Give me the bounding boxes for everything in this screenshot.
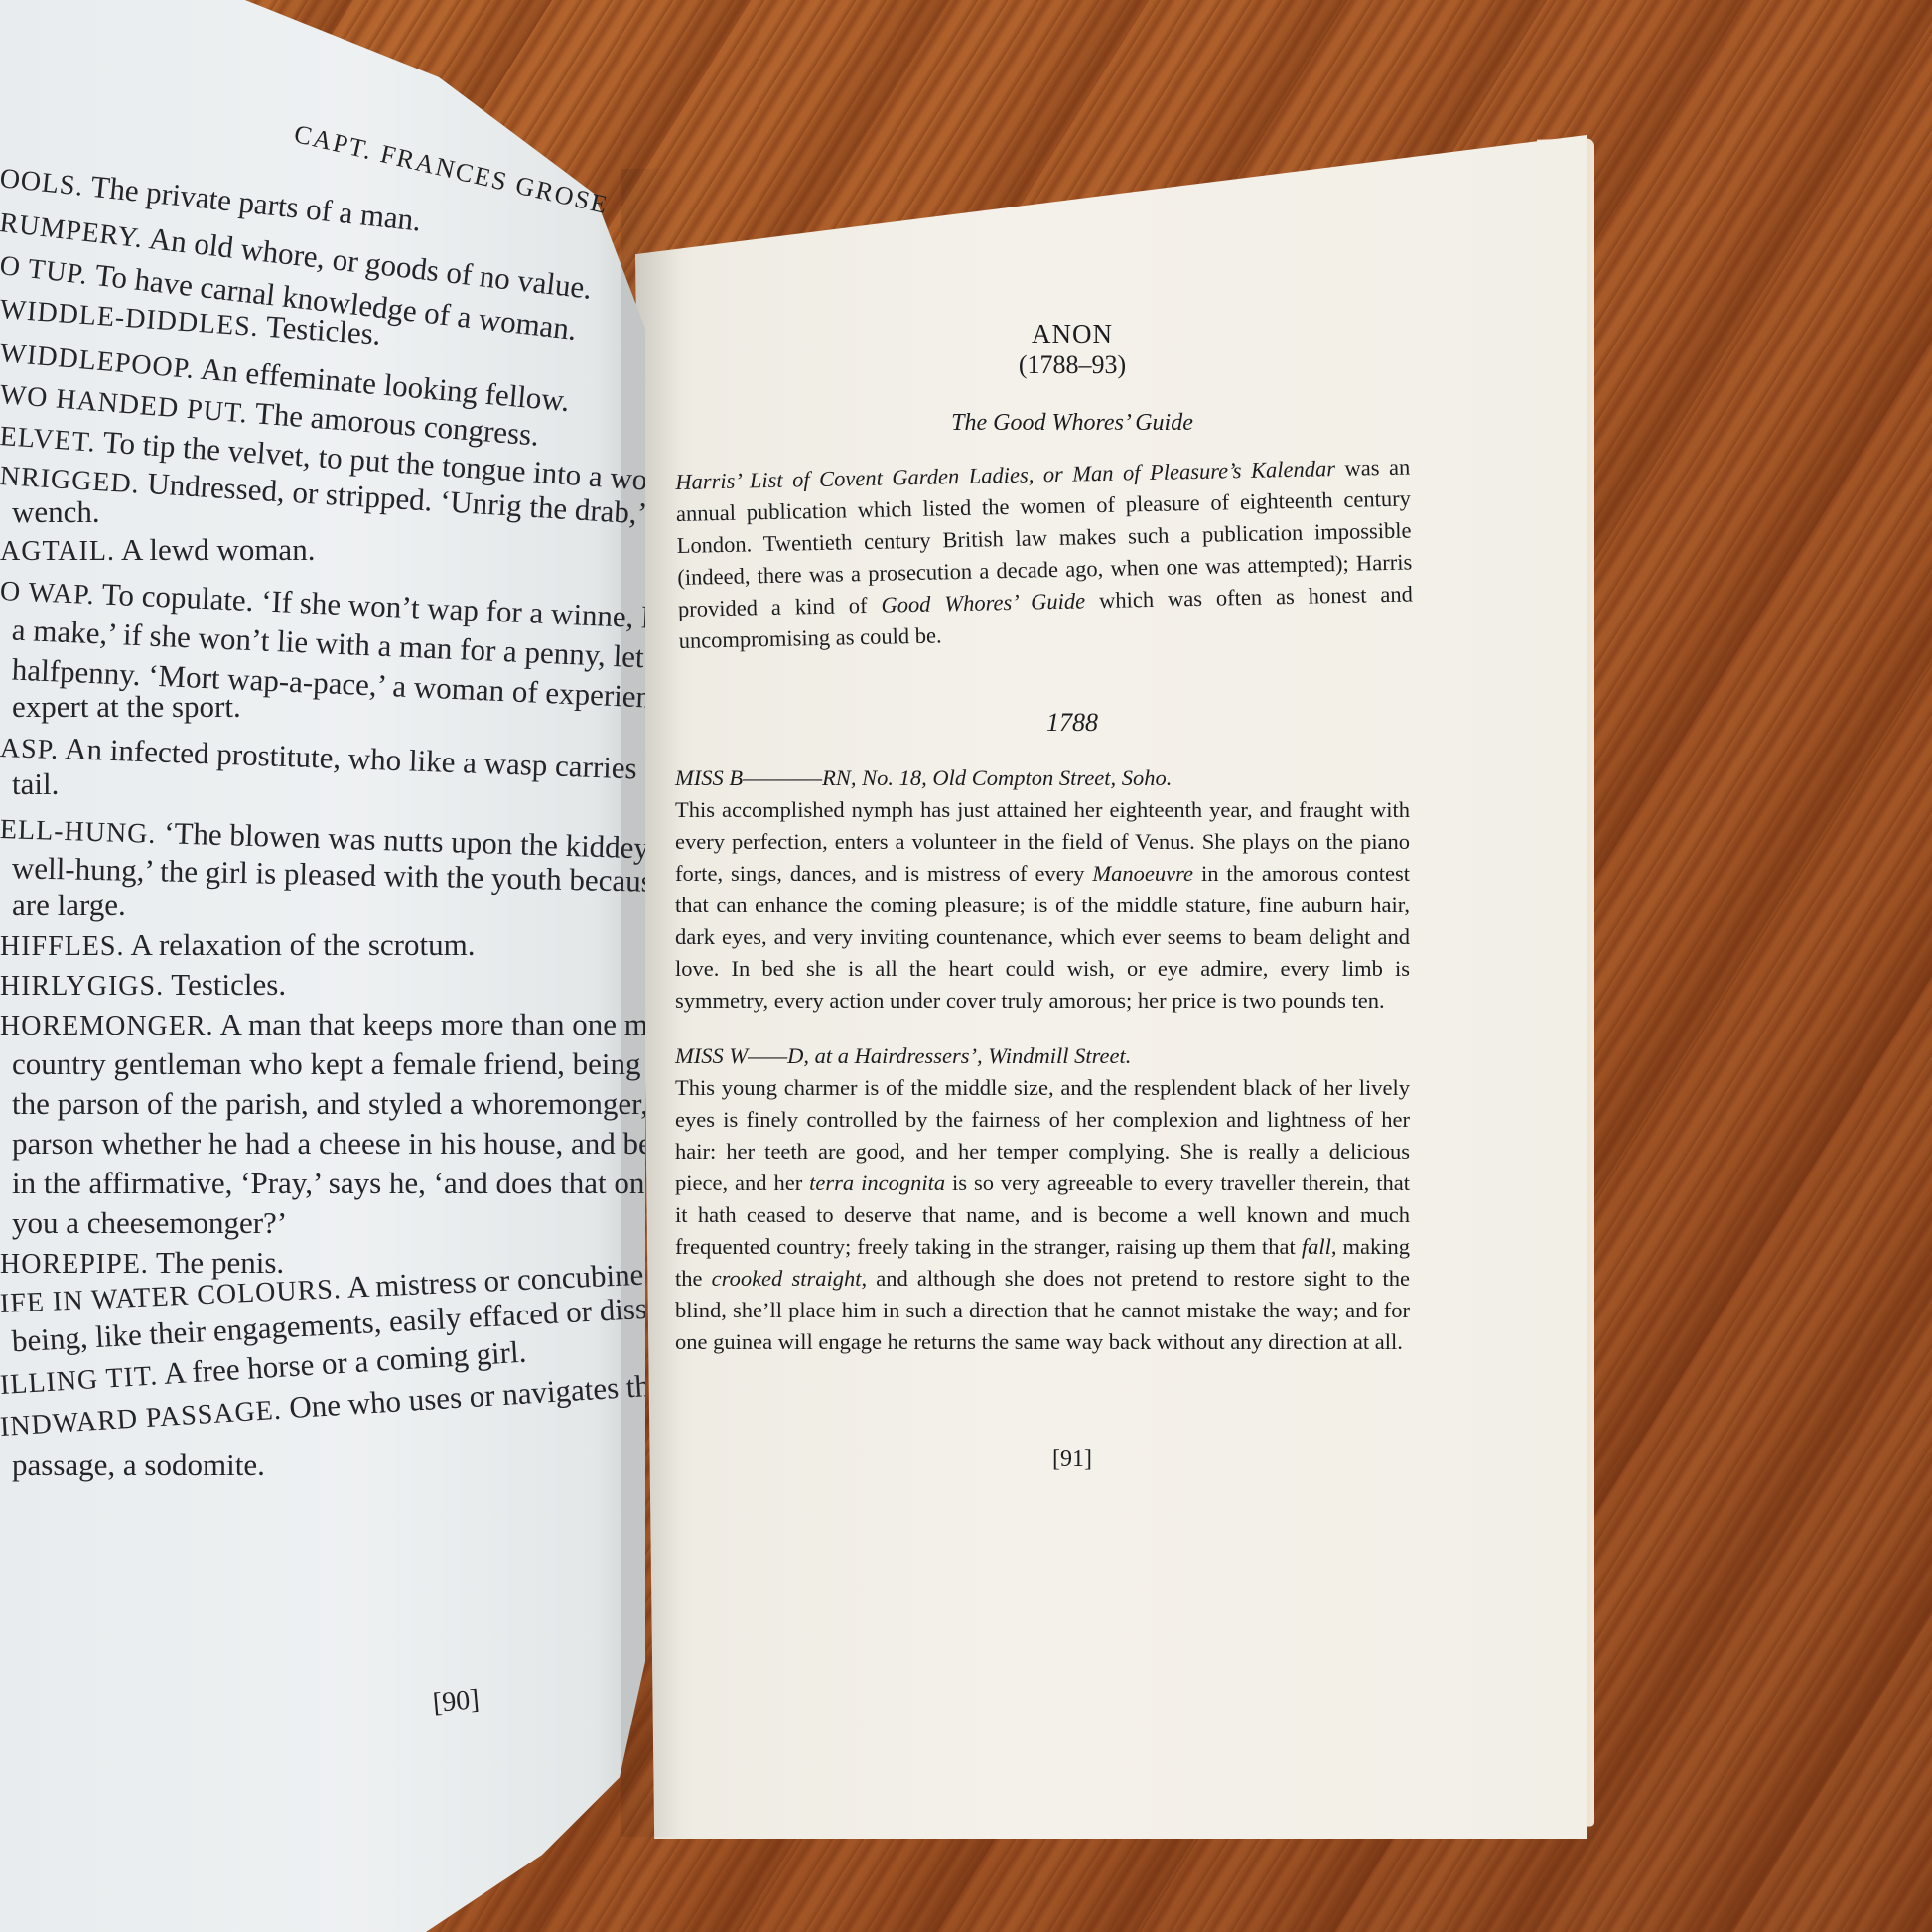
glossary-continuation: you a cheesemonger?’ <box>0 1205 287 1241</box>
entry-heading: MISS W——D, at a Hairdressers’, Windmill … <box>675 1040 1410 1072</box>
intro-italic: Good Whores’ Guide <box>881 588 1085 617</box>
right-page: ANON (1788–93) The Good Whores’ Guide Ha… <box>675 318 1410 1475</box>
headword: OOLS. <box>0 163 85 203</box>
headword: O TUP. <box>0 250 90 291</box>
glossary-continuation: the parson of the parish, and styled a w… <box>0 1086 645 1122</box>
definition: A relaxation of the scrotum. <box>131 927 476 962</box>
body-italic: crooked straight <box>712 1266 862 1291</box>
body-italic: fall <box>1302 1234 1331 1259</box>
headword: ELL-HUNG. <box>0 814 157 850</box>
glossary-continuation: wench. <box>0 494 100 530</box>
left-page: CAPT. FRANCES GROSE OOLS. The private pa… <box>0 0 645 1932</box>
author-dates: (1788–93) <box>735 349 1410 381</box>
headword: HOREMONGER. <box>0 1011 214 1041</box>
headword: ELVET. <box>0 421 97 459</box>
entry-heading: MISS B————RN, No. 18, Old Compton Street… <box>675 762 1410 794</box>
glossary-entry: HIRLYGIGS. Testicles. <box>0 967 286 1003</box>
glossary-continuation: parson whether he had a cheese in his ho… <box>0 1126 645 1162</box>
section-title: The Good Whores’ Guide <box>735 407 1410 439</box>
glossary-entry: AGTAIL. A lewd woman. <box>0 532 315 568</box>
glossary-continuation: passage, a sodomite. <box>0 1448 265 1483</box>
body-italic: terra incognita <box>809 1171 945 1195</box>
headword: HIRLYGIGS. <box>0 971 164 1002</box>
entry-body: This young charmer is of the middle size… <box>675 1072 1410 1358</box>
headword: HIFFLES. <box>0 931 124 962</box>
headword: RUMPERY. <box>0 207 145 254</box>
body-italic: Manoeuvre <box>1092 861 1193 886</box>
page-number: [91] <box>735 1444 1410 1475</box>
definition: An infected prostitute, who like a wasp … <box>65 731 645 788</box>
glossary-continuation: are large. <box>0 888 126 923</box>
entry-body: This accomplished nymph has just attaine… <box>675 794 1410 1017</box>
glossary-continuation: tail. <box>0 766 59 802</box>
headword: HOREPIPE. <box>0 1249 149 1280</box>
glossary-entry: ASP. An infected prostitute, who like a … <box>0 729 645 790</box>
glossary-continuation: expert at the sport. <box>0 689 241 725</box>
glossary-continuation: in the affirmative, ‘Pray,’ says he, ‘an… <box>0 1166 645 1201</box>
headword: ASP. <box>0 733 60 765</box>
year-heading: 1788 <box>735 707 1410 739</box>
page-number: [90] <box>432 1684 481 1720</box>
definition: A man that keeps more than one mis <box>220 1007 645 1041</box>
glossary-entry: HOREMONGER. A man that keeps more than o… <box>0 1007 645 1042</box>
definition: Testicles. <box>171 967 286 1002</box>
headword: AGTAIL. <box>0 536 115 567</box>
author-heading: ANON <box>735 318 1410 349</box>
glossary-continuation: country gentleman who kept a female frie… <box>0 1046 645 1082</box>
headword: O WAP. <box>0 576 95 611</box>
intro-paragraph: Harris’ List of Covent Garden Ladies, or… <box>675 452 1414 657</box>
definition: A lewd woman. <box>121 532 315 567</box>
headword: ILLING TIT. <box>0 1360 159 1401</box>
definition: Testicles. <box>265 309 382 351</box>
headword: INDWARD PASSAGE. <box>0 1395 283 1443</box>
glossary-entry: HIFFLES. A relaxation of the scrotum. <box>0 927 475 963</box>
